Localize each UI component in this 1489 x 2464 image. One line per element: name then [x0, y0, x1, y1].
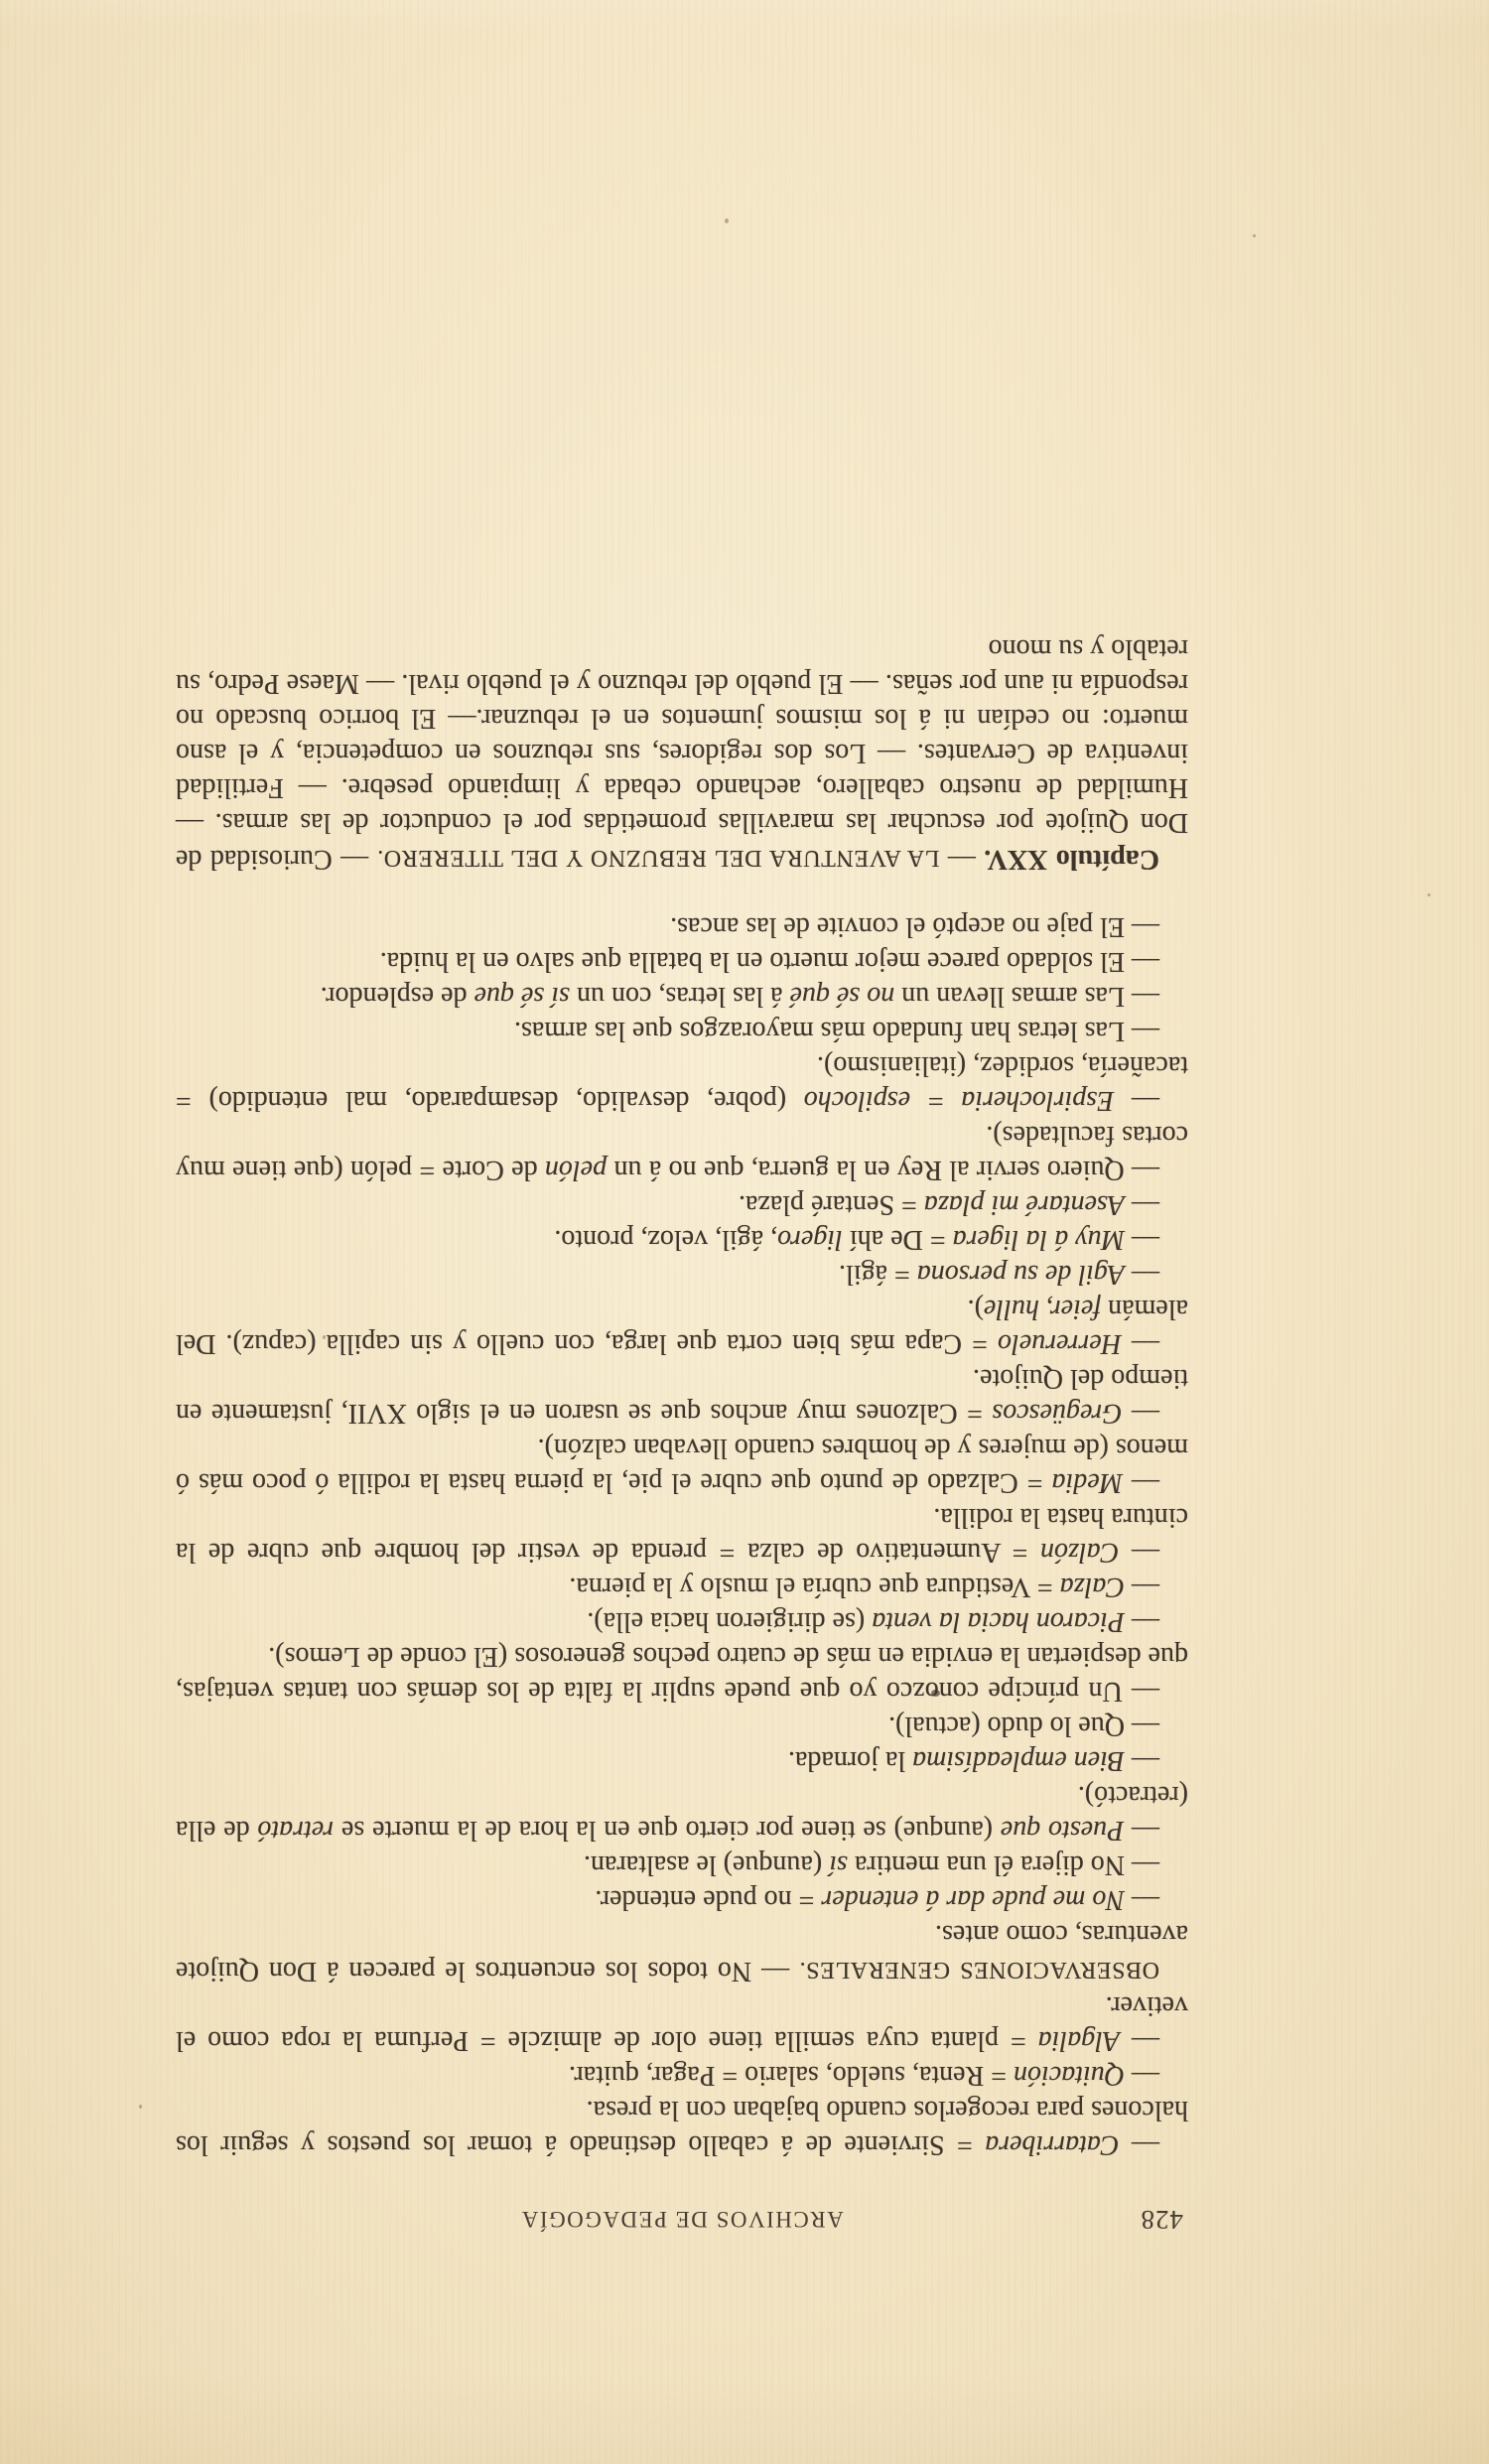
entry-agil: — Agil de su persona = ágil.: [176, 1257, 1188, 1292]
text-segment: —: [1123, 1467, 1159, 1498]
text-segment: (se dirigieron hacia ella).: [587, 1606, 872, 1637]
text-segment: Agil de su persona: [917, 1259, 1125, 1290]
entry-quitacion: — Quitación = Renta, sueldo, salario = P…: [176, 2058, 1188, 2093]
text-segment: Gregüescos: [992, 1398, 1122, 1429]
text-segment: , ágil, veloz, pronto.: [554, 1224, 777, 1255]
text-segment: —: [1124, 1815, 1159, 1846]
text-segment: Asentaré mi plaza: [924, 1189, 1125, 1220]
text-segment: = Renta, sueldo, salario = Pagar, quitar…: [569, 2060, 1014, 2091]
entry-calzon: — Calzón = Aumentativo de calza = prenda…: [176, 1500, 1188, 1570]
text-segment: —: [1123, 1398, 1159, 1429]
text-segment: —: [1114, 1085, 1159, 1116]
text-segment: — El paje no aceptó el convite de las an…: [670, 911, 1159, 942]
text-segment: = ágil.: [839, 1259, 917, 1290]
entry-calza: — Calza = Vestidura que cubría el muslo …: [176, 1570, 1188, 1604]
entry-el-paje: — El paje no aceptó el convite de las an…: [176, 909, 1188, 944]
page-body: — Catarribera = Sirviente de á caballo d…: [176, 631, 1188, 2162]
text-segment: —: [1125, 1224, 1159, 1255]
entry-no-dijera: — No dijera él una mentira sí (aunque) l…: [176, 1848, 1188, 1882]
text-segment: = no pude entender.: [595, 1884, 821, 1915]
text-segment: —: [1125, 1572, 1159, 1602]
text-segment: á las letras, con un: [570, 981, 790, 1012]
text-segment: Media: [1052, 1467, 1124, 1498]
text-segment: =: [910, 1085, 961, 1116]
entry-media: — Media = Calzado de punto que cubre el …: [176, 1431, 1188, 1500]
text-segment: —: [1125, 1189, 1159, 1220]
text-segment: —: [1125, 2060, 1159, 2091]
text-segment: LA AVENTURA DEL REBUZNO Y DEL TITERERO.: [377, 845, 940, 871]
text-segment: —: [1125, 1745, 1159, 1776]
text-segment: retrató: [257, 1815, 334, 1846]
text-segment: Algalia: [1038, 2025, 1120, 2056]
entry-un-principe: — Un príncipe conozco yo que puede supli…: [176, 1639, 1188, 1709]
entry-pelon: — Quiero servir al Rey en la guerra, que…: [176, 1118, 1188, 1187]
entry-no-me-pude: — No me pude dar á entender = no pude en…: [176, 1882, 1188, 1917]
entry-greguescos: — Gregüescos = Calzones muy anchos que s…: [176, 1361, 1188, 1431]
text-segment: ligero: [777, 1224, 843, 1255]
text-segment: Herreruelo: [998, 1328, 1122, 1359]
text-segment: — Quiero servir al Rey en la guerra, que…: [607, 1155, 1159, 1185]
text-segment: (aunque) se tiene por cierto que en la h…: [334, 1815, 1001, 1846]
text-segment: sí: [829, 1849, 848, 1880]
text-segment: Muy á la ligera: [953, 1224, 1125, 1255]
text-segment: Puesto que: [1001, 1815, 1124, 1846]
text-segment: = Aumentativo de calza = prenda de vesti…: [176, 1502, 1188, 1568]
entry-herreruelo: — Herreruelo = Capa más bien corta que l…: [176, 1292, 1188, 1361]
text-segment: OBSERVACIONES GENERALES.: [799, 1957, 1159, 1983]
text-segment: = planta cuya semilla tiene olor de almi…: [176, 1990, 1188, 2056]
text-segment: — No dijera él una mentira: [848, 1849, 1159, 1880]
text-segment: Espirlocheria: [961, 1085, 1114, 1116]
text-segment: = Sentaré plaza.: [739, 1189, 924, 1220]
text-segment: de esplendor.: [321, 981, 474, 1012]
text-segment: sí sé que: [474, 981, 570, 1012]
text-segment: Picaron hacia la venta: [872, 1606, 1125, 1637]
text-segment: = Calzado de punto que cubre el pie, la …: [176, 1433, 1188, 1498]
text-segment: Quitación: [1014, 2060, 1125, 2091]
entry-espirlocheria: — Espirlocheria = espilocho (pobre, desv…: [176, 1048, 1188, 1118]
entry-el-soldado: — El soldado parece mejor muerto en la b…: [176, 944, 1188, 979]
text-segment: — Un príncipe conozco yo que puede supli…: [176, 1641, 1188, 1707]
entry-bien-empleadisima: — Bien empleadísima la jornada.: [176, 1743, 1188, 1778]
text-segment: — Las letras han fundado más mayorazgos …: [514, 1016, 1159, 1046]
observaciones-generales: OBSERVACIONES GENERALES. — No todos los …: [176, 1917, 1188, 1988]
entry-las-letras: — Las letras han fundado más mayorazgos …: [176, 1014, 1188, 1048]
text-segment: — El soldado parece mejor muerto en la b…: [380, 946, 1159, 977]
text-segment: — Las armas llevan un: [894, 981, 1159, 1012]
text-segment: —: [1120, 2129, 1159, 2160]
text-segment: feier, hulle: [984, 1294, 1101, 1324]
text-segment: Calzón: [1040, 1537, 1119, 1568]
entry-puesto-que: — Puesto que (aunque) se tiene por ciert…: [176, 1778, 1188, 1848]
chapter-xxv: Capítulo XXV. — LA AVENTURA DEL REBUZNO …: [176, 631, 1188, 877]
scanned-page: 428 ARCHIVOS DE PEDAGOGÍA — Catarribera …: [0, 0, 1489, 2464]
text-segment: — Que lo dudo (actual).: [888, 1711, 1159, 1741]
text-segment: —: [1119, 1537, 1159, 1568]
entry-muy-a-la-ligera: — Muy á la ligera = De ahí ligero, ágil,…: [176, 1222, 1188, 1257]
entry-catarribera: — Catarribera = Sirviente de á caballo d…: [176, 2093, 1188, 2162]
text-segment: —: [1120, 2025, 1159, 2056]
text-segment: —: [939, 844, 984, 875]
text-segment: Calza: [1060, 1572, 1125, 1602]
text-segment: pelón: [545, 1155, 607, 1185]
text-segment: = Vestidura que cubría el muslo y la pie…: [569, 1572, 1059, 1602]
text-segment: Capítulo XXV.: [984, 844, 1159, 875]
text-segment: = De ahí: [843, 1224, 953, 1255]
running-head: 428 ARCHIVOS DE PEDAGOGÍA: [176, 2199, 1188, 2235]
rotated-page-content: 428 ARCHIVOS DE PEDAGOGÍA — Catarribera …: [0, 0, 1489, 2464]
entry-algalia: — Algalia = planta cuya semilla tiene ol…: [176, 1988, 1188, 2058]
text-segment: Bien empleadísima: [912, 1745, 1125, 1776]
entry-picaron: — Picaron hacia la venta (se dirigieron …: [176, 1604, 1188, 1639]
journal-title: ARCHIVOS DE PEDAGOGÍA: [176, 2206, 1188, 2232]
text-segment: la jornada.: [788, 1745, 912, 1776]
entry-que-lo-dudo: — Que lo dudo (actual).: [176, 1709, 1188, 1743]
text-segment: espilocho: [804, 1085, 910, 1116]
text-segment: No me pude dar á entender: [821, 1884, 1125, 1915]
entry-las-armas: — Las armas llevan un no sé qué á las le…: [176, 979, 1188, 1014]
text-segment: — Curiosidad de Don Quijote por escuchar…: [176, 633, 1188, 875]
text-segment: ).: [968, 1294, 984, 1324]
text-segment: —: [1125, 1884, 1159, 1915]
text-segment: no sé qué: [790, 981, 895, 1012]
text-segment: Catarribera: [985, 2129, 1119, 2160]
text-segment: —: [1125, 1606, 1159, 1637]
text-segment: —: [1125, 1259, 1159, 1290]
entry-asentare: — Asentaré mi plaza = Sentaré plaza.: [176, 1187, 1188, 1222]
text-segment: —: [1122, 1328, 1159, 1359]
text-segment: (aunque) le asaltaran.: [584, 1849, 829, 1880]
